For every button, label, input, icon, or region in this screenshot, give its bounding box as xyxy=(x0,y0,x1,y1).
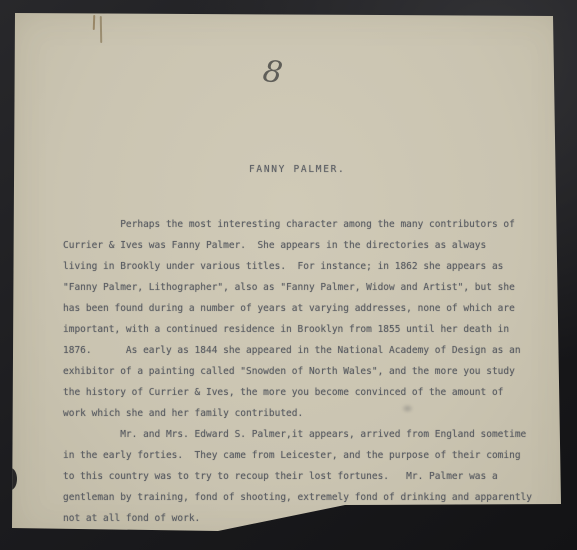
document-body: Perhaps the most interesting character a… xyxy=(63,214,532,529)
rust-mark xyxy=(93,15,96,30)
paragraph: Perhaps the most interesting character a… xyxy=(63,214,532,424)
document-page: 8 FANNY PALMER. Perhaps the most interes… xyxy=(0,0,577,550)
handwritten-page-number: 8 xyxy=(261,57,285,90)
document-title: FANNY PALMER. xyxy=(249,164,345,175)
edge-notch xyxy=(8,468,17,490)
paragraph: Mr. and Mrs. Edward S. Palmer,it appears… xyxy=(63,424,532,529)
scanned-document-photo: 8 FANNY PALMER. Perhaps the most interes… xyxy=(0,0,577,550)
rust-mark xyxy=(100,16,102,43)
